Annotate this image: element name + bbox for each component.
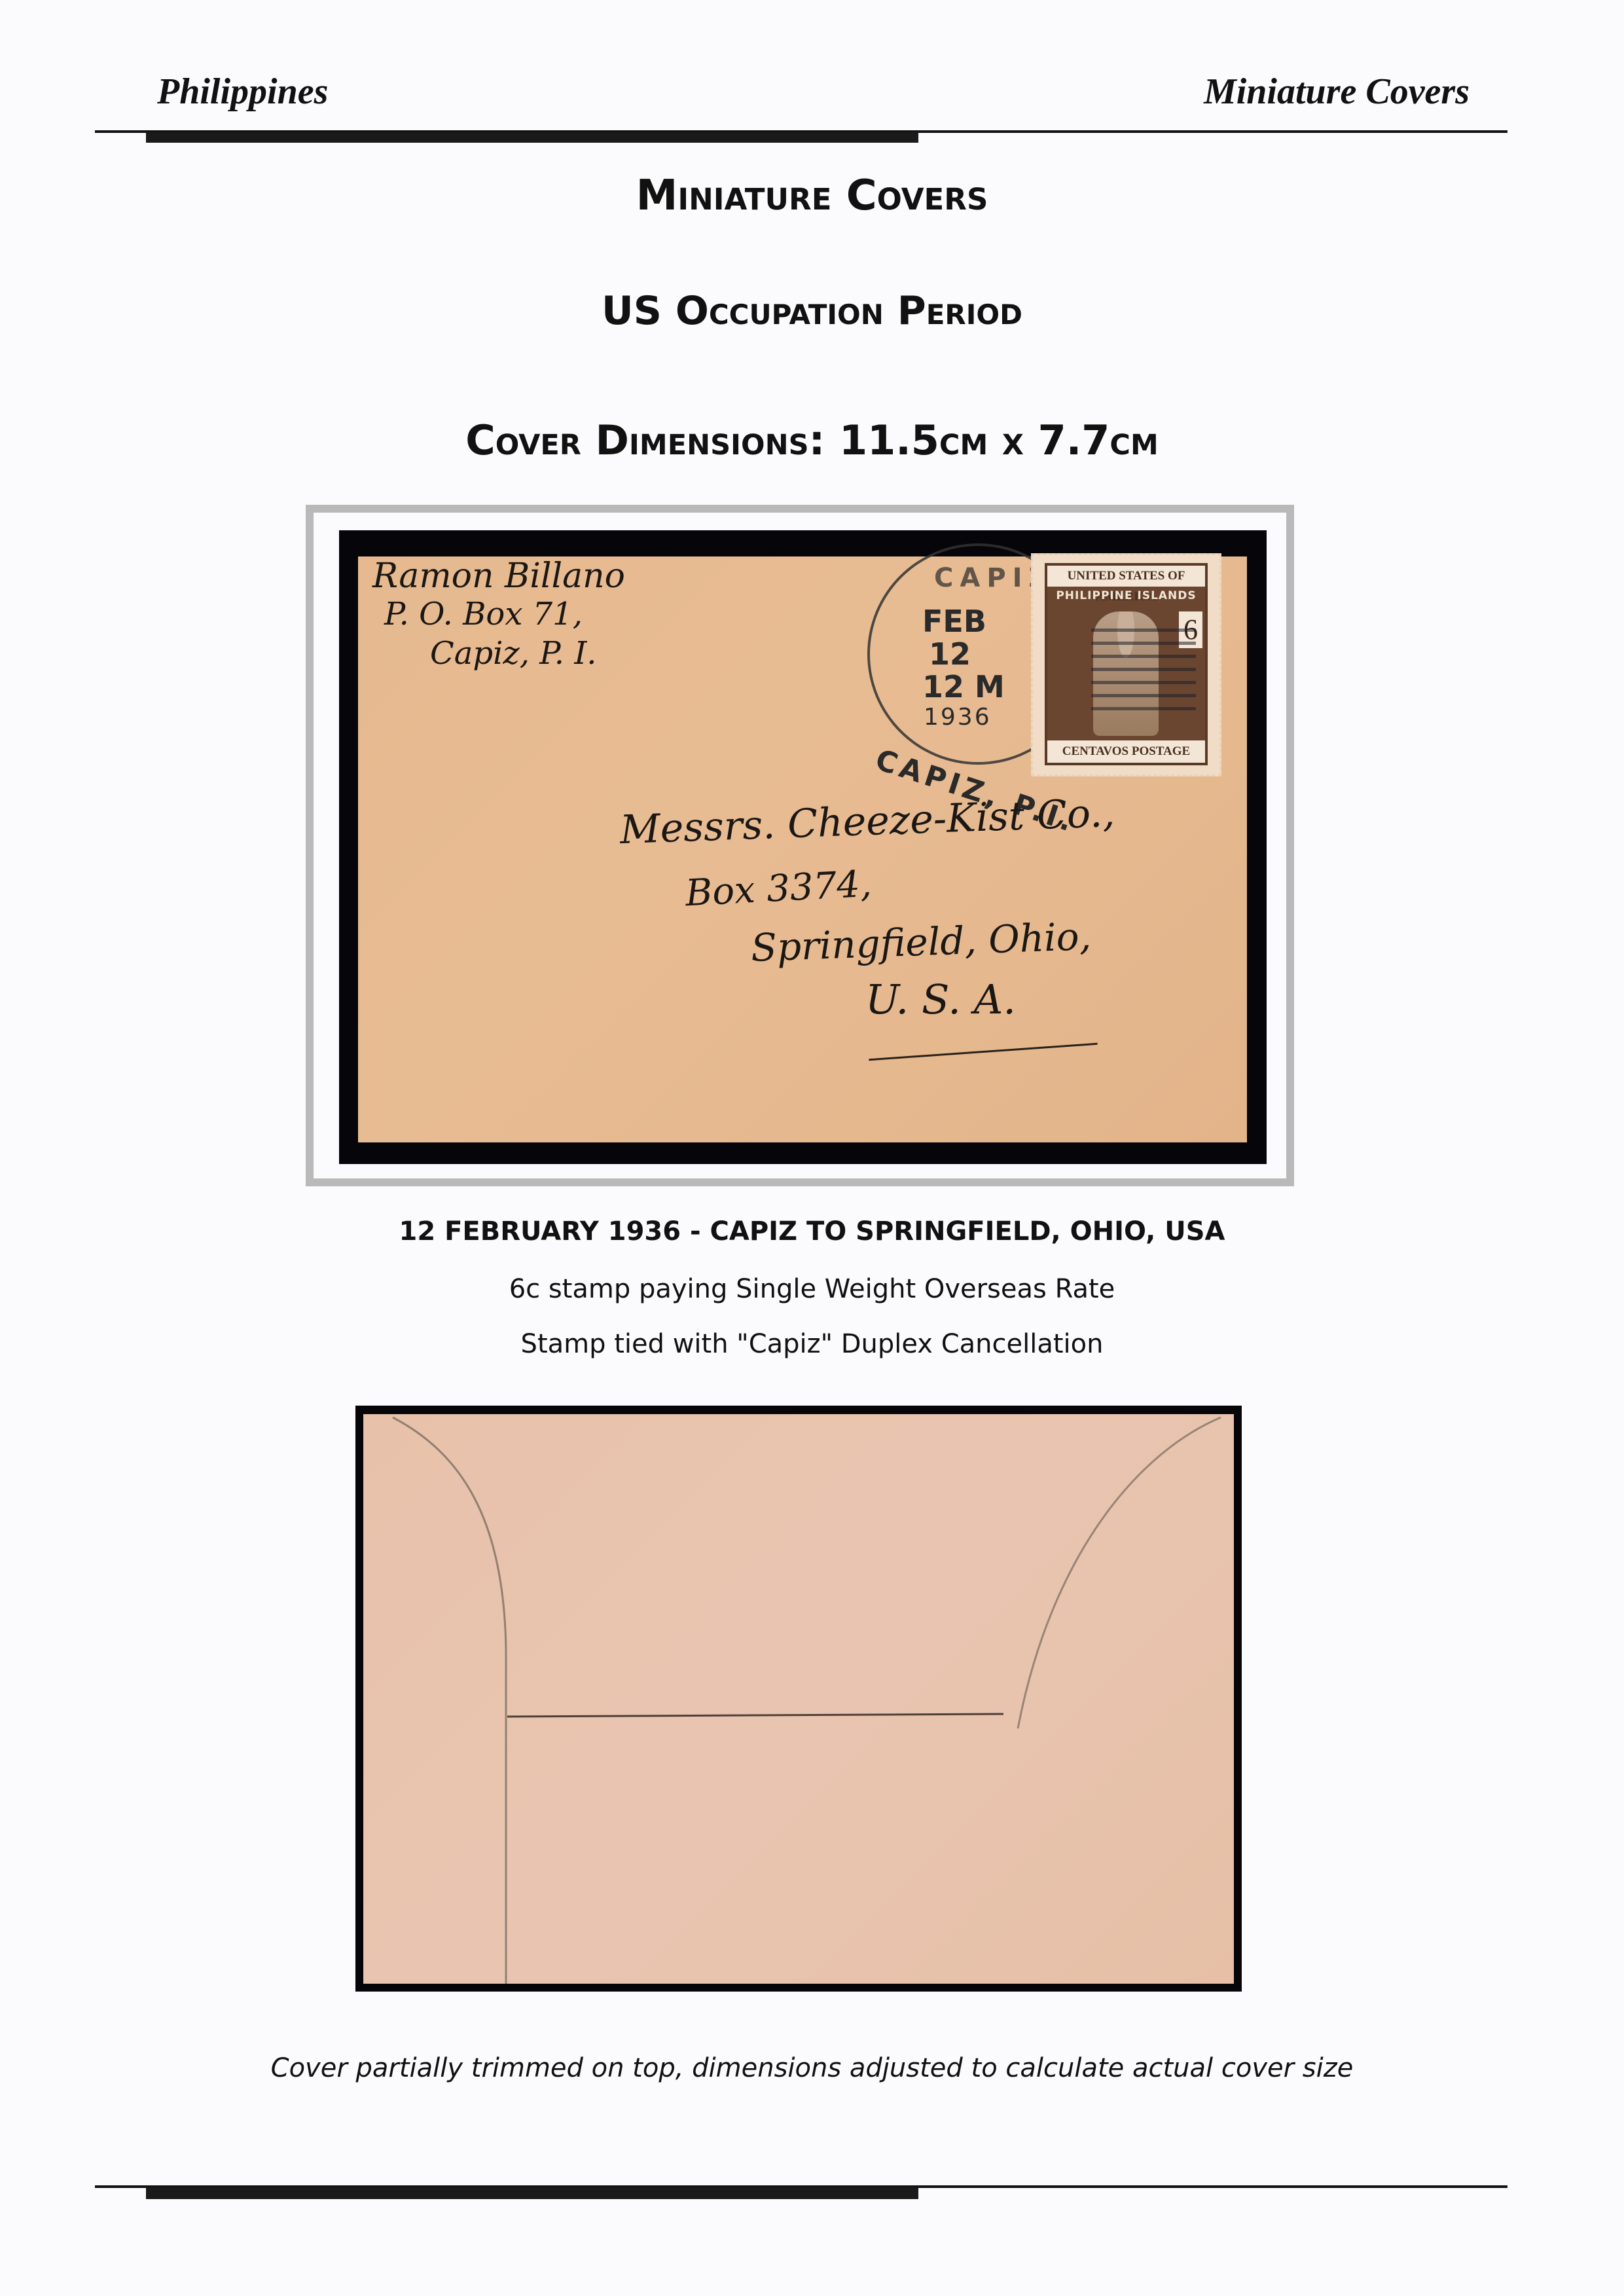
addressee-name: Messrs. Cheeze-Kist Co.,: [619, 790, 1115, 853]
footer-bar: [146, 2187, 918, 2199]
sender-name: Ramon Billano: [372, 556, 625, 596]
addressee-box: Box 3374,: [684, 863, 873, 915]
header-bar: [146, 132, 918, 143]
header-left-title: Philippines: [157, 71, 328, 113]
addressee-city: Springfield, Ohio,: [750, 914, 1092, 970]
cancel-bars: [1091, 629, 1196, 720]
back-cover: [363, 1414, 1234, 1984]
cover-headline: 12 FEBRUARY 1936 - CAPIZ TO SPRINGFIELD,…: [0, 1216, 1624, 1247]
postmark-day: 12: [929, 636, 971, 672]
period-title: US Occupation Period: [0, 288, 1624, 334]
postmark-year: 1936: [924, 704, 992, 731]
front-cover: Ramon Billano P. O. Box 71, Capiz, P. I.…: [358, 556, 1247, 1142]
sender-box: P. O. Box 71,: [384, 596, 583, 632]
page-title: Miniature Covers: [0, 172, 1624, 220]
cancellation-caption: Stamp tied with "Capiz" Duplex Cancellat…: [0, 1329, 1624, 1359]
postmark-month: FEB: [922, 604, 986, 639]
addressee-country: U. S. A.: [865, 975, 1016, 1023]
trim-note: Cover partially trimmed on top, dimensio…: [0, 2053, 1624, 2083]
rate-caption: 6c stamp paying Single Weight Overseas R…: [0, 1274, 1624, 1304]
stamp-sub-band: PHILIPPINE ISLANDS: [1047, 589, 1205, 602]
dimensions-title: Cover Dimensions: 11.5cm x 7.7cm: [0, 416, 1624, 464]
sender-city: Capiz, P. I.: [430, 635, 597, 672]
postmark-time: 12 M: [922, 669, 1005, 704]
stamp-top-band: UNITED STATES OF AMERICA: [1047, 566, 1205, 587]
header-right-title: Miniature Covers: [1204, 71, 1470, 113]
stamp-bottom-band: CENTAVOS POSTAGE: [1047, 740, 1205, 763]
envelope-flap-lines: [363, 1414, 1234, 1984]
address-underline: [869, 1043, 1097, 1061]
